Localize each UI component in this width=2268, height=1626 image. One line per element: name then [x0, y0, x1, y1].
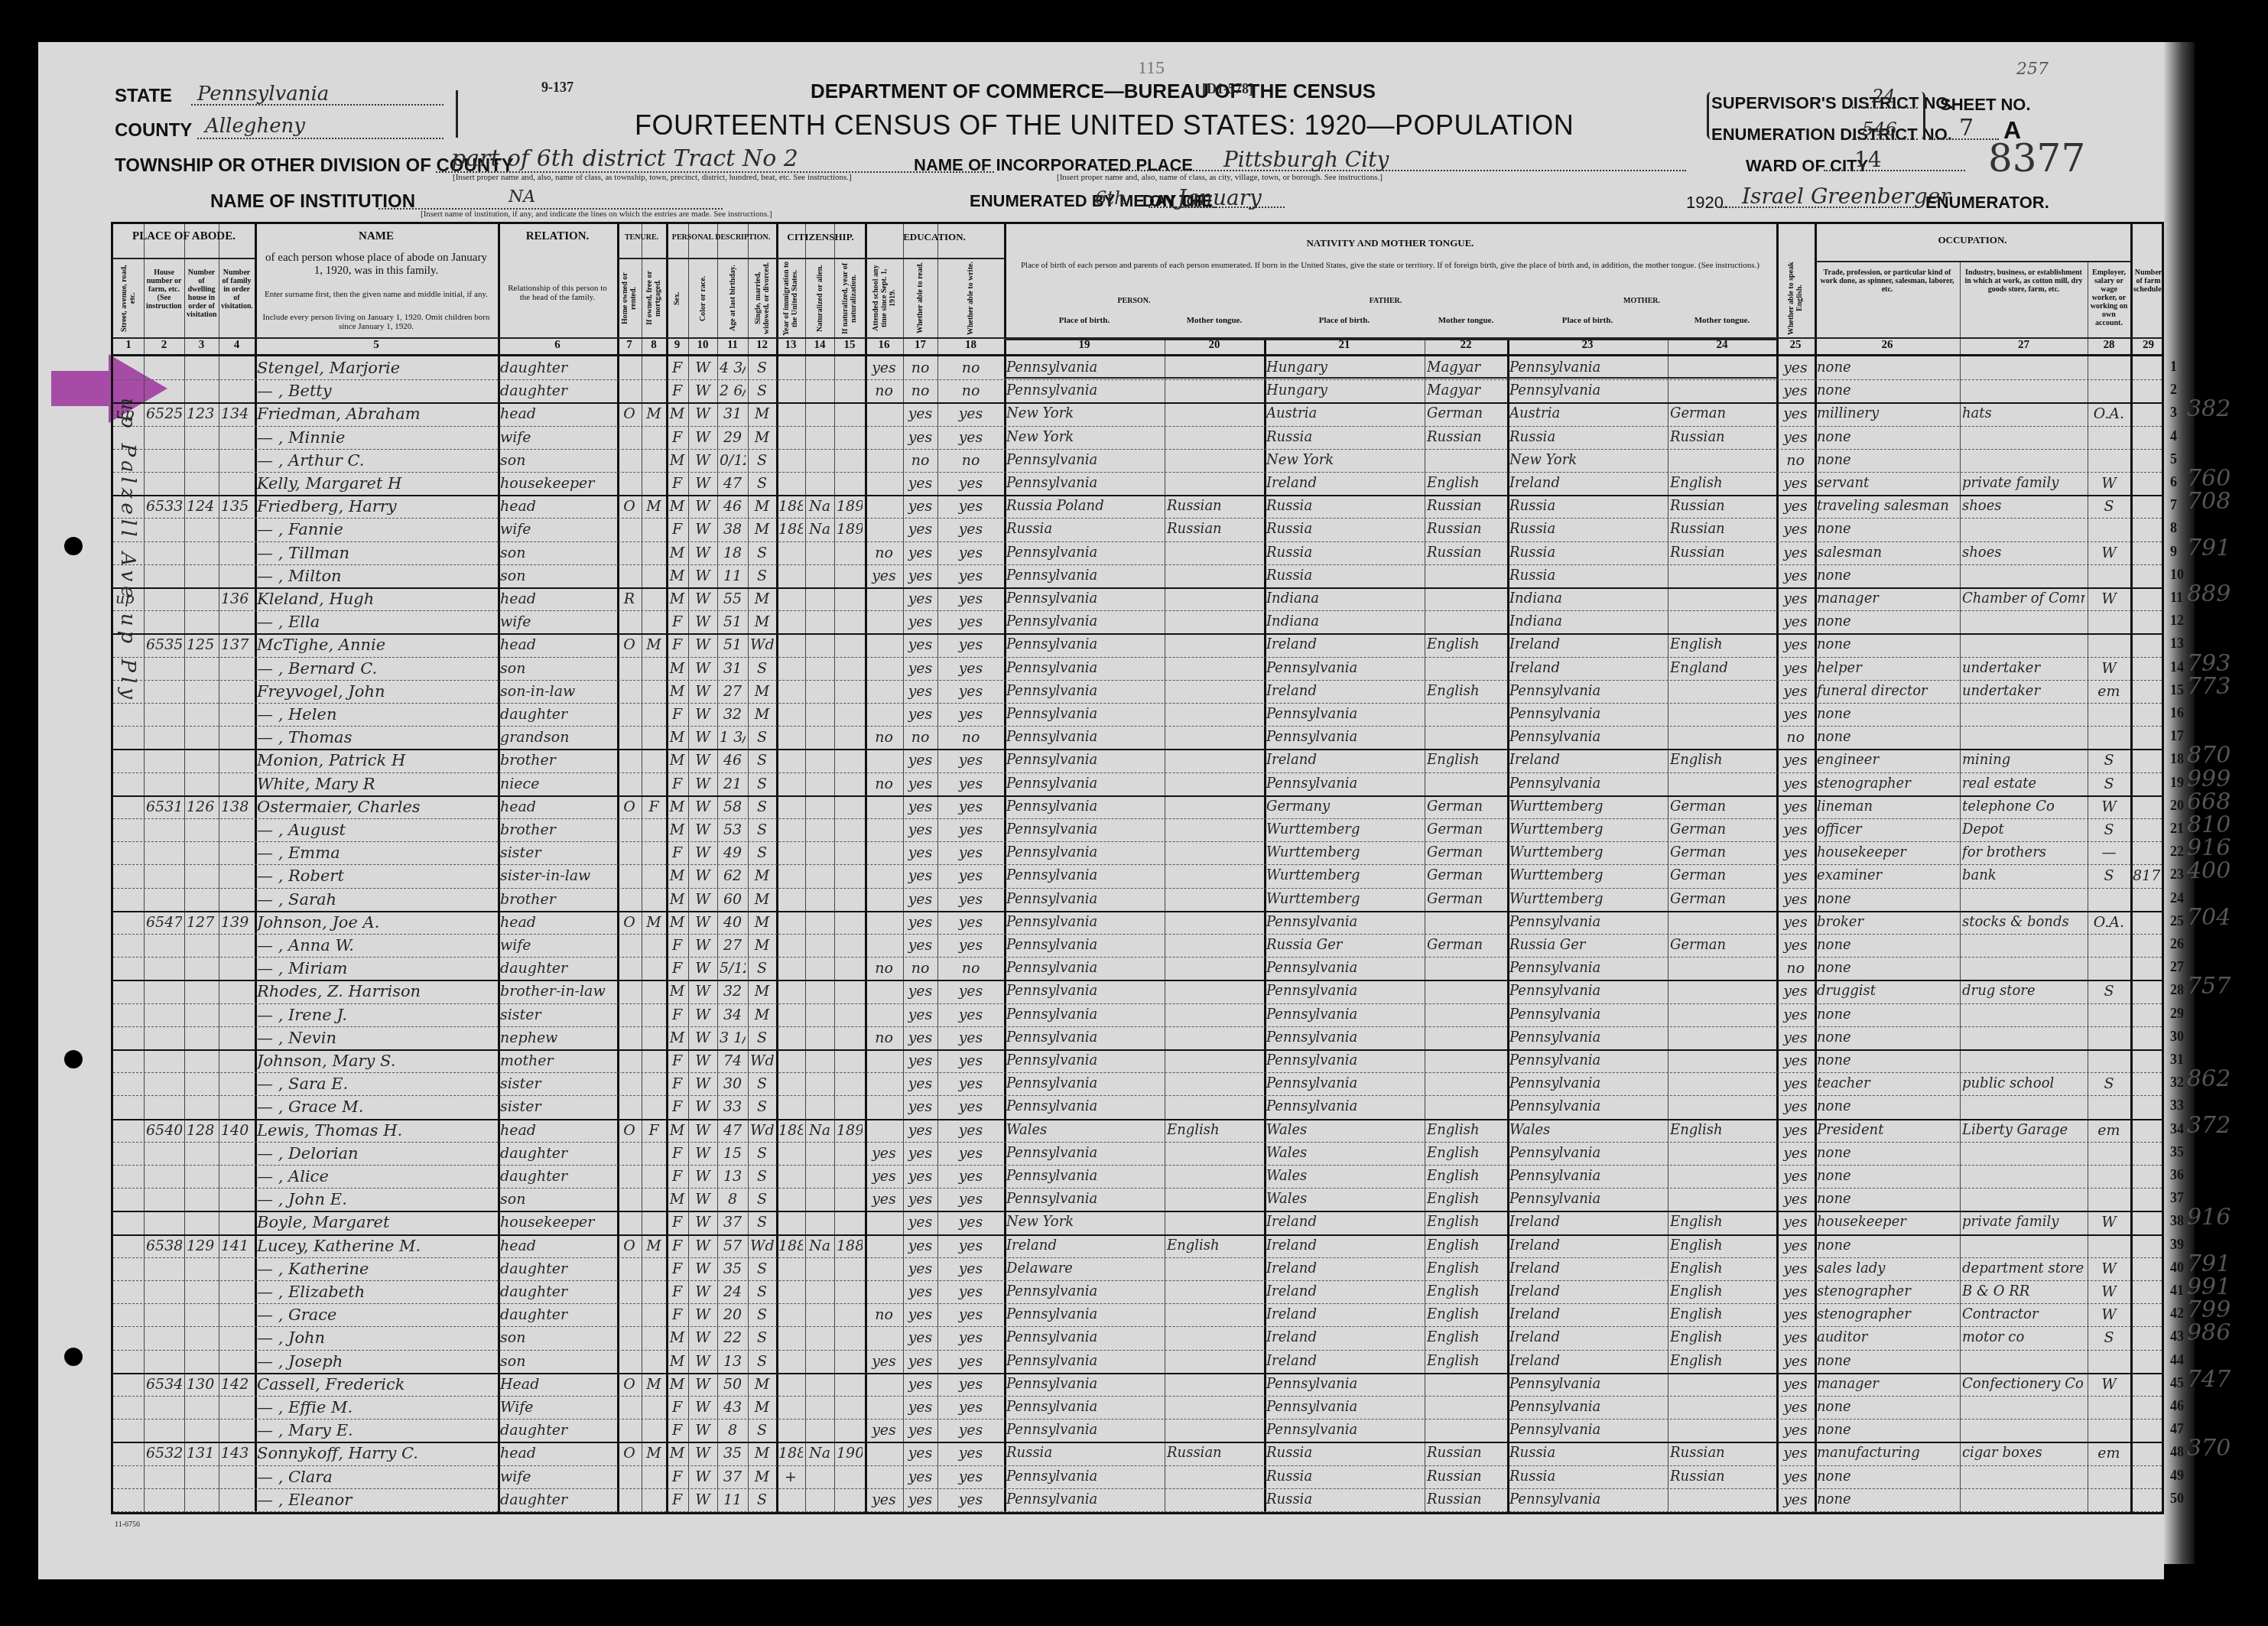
cell-owned [644, 980, 664, 1003]
margin-annotation: 747 [2187, 1366, 2231, 1393]
department-title: DEPARTMENT OF COMMERCE—BUREAU OF THE CEN… [811, 80, 1376, 103]
cell-tongue [1167, 1072, 1262, 1095]
cell-school [867, 472, 901, 495]
cell-dwelling [187, 934, 216, 957]
state-label: STATE [115, 86, 172, 107]
institution-value: NA [509, 187, 535, 207]
table-row[interactable]: — , BettydaughterFW2 6/12SnononoPennsylv… [113, 379, 2166, 402]
table-row[interactable]: — , DeloriandaughterFW15SyesyesyesPennsy… [113, 1142, 2166, 1165]
table-row[interactable]: — , MinniewifeFW29MyesyesNew YorkRussiaR… [113, 426, 2166, 449]
cell-house: 6531 [146, 795, 182, 818]
cell-nat: Na [807, 495, 832, 518]
table-row[interactable]: — , EleanordaughterFW11SyesyesyesPennsyl… [113, 1488, 2166, 1511]
cell-home [619, 772, 639, 795]
cell-nat_year [837, 888, 863, 911]
table-row[interactable]: — , TillmansonMW18SnoyesyesPennsylvaniaR… [113, 541, 2166, 564]
table-row[interactable]: — , EllawifeFW51MyesyesPennsylvaniaIndia… [113, 610, 2166, 633]
cell-birth: Delaware [1006, 1257, 1162, 1280]
cell-tongue [1167, 726, 1262, 749]
column-number: 14 [805, 339, 834, 352]
column-number: 11 [717, 339, 748, 352]
cell-house [146, 1280, 182, 1303]
table-row[interactable]: — , KatherinedaughterFW35SyesyesDelaware… [113, 1257, 2166, 1280]
cell-tongue [1167, 1165, 1262, 1188]
cell-family: 141 [221, 1234, 252, 1257]
cell-race: W [690, 888, 715, 911]
cell-school [867, 1211, 901, 1234]
cell-tongue [1167, 356, 1262, 379]
cell-dwelling [187, 541, 216, 564]
cell-nat [807, 657, 832, 680]
cell-read: yes [905, 1165, 935, 1188]
cell-race: W [690, 587, 715, 610]
cell-nat [807, 1188, 832, 1211]
cell-immig [778, 841, 803, 864]
cell-house [146, 1072, 182, 1095]
cell-race: W [690, 1211, 715, 1234]
column-number: 29 [2130, 339, 2166, 352]
cell-immig [778, 1165, 803, 1188]
cell-age: 50 [720, 1373, 746, 1396]
cell-home [619, 818, 639, 841]
table-row[interactable]: 6547127139Johnson, Joe A.headOMMW40Myesy… [113, 911, 2166, 934]
column-number: 18 [937, 339, 1004, 352]
cell-class [2090, 1465, 2128, 1488]
cell-f_tongue: German [1427, 402, 1505, 425]
cell-age: 35 [720, 1442, 746, 1465]
table-row[interactable]: — , AugustbrotherMW53SyesyesPennsylvania… [113, 818, 2166, 841]
table-row[interactable]: White, Mary RnieceFW21SnoyesyesPennsylva… [113, 772, 2166, 795]
table-row[interactable]: — , JosephsonMW13SyesyesyesPennsylvaniaI… [113, 1350, 2166, 1373]
table-row[interactable]: — , Irene J.sisterFW34MyesyesPennsylvani… [113, 1003, 2166, 1026]
table-row[interactable]: 6535125137McTighe, AnnieheadOMFW51Wdyesy… [113, 633, 2166, 656]
cell-relation: daughter [500, 957, 615, 980]
line-number: 28 [2170, 982, 2184, 998]
cell-m_birth: Pennsylvania [1509, 356, 1665, 379]
cell-nat_year [837, 864, 863, 887]
cell-read: yes [905, 1049, 935, 1072]
table-row[interactable]: Boyle, MargarethousekeeperFW37SyesyesNew… [113, 1211, 2166, 1234]
cell-house [146, 1165, 182, 1188]
table-row[interactable]: — , John E.sonMW8SyesyesyesPennsylvaniaW… [113, 1188, 2166, 1211]
cell-age: 1 3/12 [720, 726, 746, 749]
line-number: 42 [2170, 1306, 2184, 1322]
cell-house: 6532 [146, 1442, 182, 1465]
sheet-value: 7 [1959, 115, 1974, 141]
cell-dwelling [187, 980, 216, 1003]
table-row[interactable]: — , ThomasgrandsonMW1 3/12SnononoPennsyl… [113, 726, 2166, 749]
table-row[interactable]: — , Sara E.sisterFW30SyesyesPennsylvania… [113, 1072, 2166, 1095]
cell-home [619, 472, 639, 495]
cell-age: 15 [720, 1142, 746, 1165]
cell-sex: M [668, 449, 686, 472]
row-divider [113, 1511, 2162, 1512]
cell-race: W [690, 818, 715, 841]
cell-marital: S [750, 1188, 774, 1211]
column-number: 15 [834, 339, 865, 352]
cell-m_tongue: English [1670, 749, 1774, 772]
cell-read: yes [905, 587, 935, 610]
cell-m_tongue: Russian [1670, 541, 1774, 564]
cell-write: yes [940, 1465, 1002, 1488]
cell-f_tongue [1427, 1003, 1505, 1026]
cell-home [619, 1350, 639, 1373]
cell-immig: + [778, 1465, 803, 1488]
cell-write: yes [940, 1234, 1002, 1257]
cell-dwelling [187, 1350, 216, 1373]
cell-trade: none [1817, 449, 1958, 472]
cell-age: 31 [720, 402, 746, 425]
cell-english: yes [1779, 1350, 1812, 1373]
cell-farm [2133, 402, 2164, 425]
cell-f_tongue [1427, 657, 1505, 680]
table-row[interactable]: 6533124135Friedberg, HarryheadOMMW46M188… [113, 495, 2166, 518]
line-number: 13 [2170, 636, 2184, 652]
cell-owned [644, 1257, 664, 1280]
cell-industry [1962, 934, 2085, 957]
cell-immig [778, 1350, 803, 1373]
cell-trade: none [1817, 957, 1958, 980]
cell-dwelling [187, 1188, 216, 1211]
cell-tongue [1167, 1488, 1262, 1511]
cell-school: no [867, 772, 901, 795]
cell-age: 18 [720, 541, 746, 564]
cell-farm [2133, 379, 2164, 402]
table-row[interactable]: 6534130142Cassell, FrederickHeadOMMW50My… [113, 1373, 2166, 1396]
cell-birth: Pennsylvania [1006, 911, 1162, 934]
cell-industry: mining [1962, 749, 2085, 772]
cell-birth: Russia [1006, 518, 1162, 541]
cell-street [115, 818, 141, 841]
cell-read: yes [905, 1303, 935, 1326]
cell-dwelling [187, 1003, 216, 1026]
cell-race: W [690, 795, 715, 818]
table-row[interactable]: up6525123134Friedman, AbrahamheadOMMW31M… [113, 402, 2166, 425]
column-number: 19 [1004, 339, 1165, 352]
cell-race: W [690, 934, 715, 957]
table-row[interactable]: Johnson, Mary S.motherFW74WdyesyesPennsy… [113, 1049, 2166, 1072]
cell-street [115, 1326, 141, 1349]
cell-relation: housekeeper [500, 1211, 615, 1234]
cell-sex: F [668, 703, 686, 726]
cell-tongue [1167, 1303, 1262, 1326]
cell-f_tongue: English [1427, 680, 1505, 703]
cell-owned [644, 1165, 664, 1188]
cell-name: — , August [257, 818, 496, 841]
state-county-brace [453, 90, 458, 138]
cell-m_birth: Pennsylvania [1509, 980, 1665, 1003]
cell-nat_year [837, 1396, 863, 1419]
cell-street [115, 772, 141, 795]
cell-name: Sonnykoff, Harry C. [257, 1442, 496, 1465]
cell-class [2090, 449, 2128, 472]
table-row[interactable]: up136Kleland, HughheadRMW55MyesyesPennsy… [113, 587, 2166, 610]
cell-f_tongue [1427, 726, 1505, 749]
cell-owned [644, 1072, 664, 1095]
cell-nat [807, 564, 832, 587]
place-note: [Insert proper name and, also, name of c… [1057, 173, 1383, 182]
cell-sex: M [668, 1188, 686, 1211]
cell-f_tongue: English [1427, 1257, 1505, 1280]
cell-farm [2133, 587, 2164, 610]
cell-house: 6534 [146, 1373, 182, 1396]
cell-f_birth: Wurttemberg [1266, 841, 1422, 864]
cell-name: — , Robert [257, 864, 496, 887]
cell-m_birth: Wurttemberg [1509, 864, 1665, 887]
cell-dwelling [187, 1072, 216, 1095]
county-label: COUNTY [115, 120, 192, 141]
cell-house [146, 541, 182, 564]
cell-read: no [905, 449, 935, 472]
ed-value: 546 [1862, 119, 1897, 140]
cell-f_tongue: English [1427, 1350, 1505, 1373]
cell-sex: F [668, 610, 686, 633]
cell-house [146, 726, 182, 749]
line-number: 41 [2170, 1283, 2184, 1299]
cell-f_birth: Russia [1266, 426, 1422, 449]
cell-family [221, 934, 252, 957]
cell-f_birth: Russia Ger [1266, 934, 1422, 957]
cell-school [867, 495, 901, 518]
year-label: 1920. [1686, 193, 1728, 213]
line-number: 18 [2170, 751, 2184, 767]
cell-age: 31 [720, 657, 746, 680]
cell-trade: teacher [1817, 1072, 1958, 1095]
table-row[interactable]: Monion, Patrick HbrotherMW46SyesyesPenns… [113, 749, 2166, 772]
column-number: 16 [865, 339, 903, 352]
cell-english: no [1779, 449, 1812, 472]
cell-f_birth: Hungary [1266, 379, 1422, 402]
table-row[interactable]: — , FanniewifeFW38M1883Na1899yesyesRussi… [113, 518, 2166, 541]
cell-school [867, 610, 901, 633]
cell-nat [807, 795, 832, 818]
cell-immig [778, 1373, 803, 1396]
table-row[interactable]: — , JohnsonMW22SyesyesPennsylvaniaIrelan… [113, 1326, 2166, 1349]
table-row[interactable]: Freyvogel, Johnson-in-lawMW27MyesyesPenn… [113, 680, 2166, 703]
cell-race: W [690, 402, 715, 425]
cell-street [115, 1350, 141, 1373]
cell-family [221, 749, 252, 772]
cell-class: O.A. [2090, 402, 2128, 425]
cell-industry [1962, 356, 2085, 379]
cell-industry: undertaker [1962, 680, 2085, 703]
cell-read: yes [905, 1419, 935, 1442]
margin-annotation: 862 [2187, 1065, 2231, 1092]
table-row[interactable]: — , ElizabethdaughterFW24SyesyesPennsylv… [113, 1280, 2166, 1303]
cell-trade: housekeeper [1817, 841, 1958, 864]
cell-owned [644, 1095, 664, 1118]
cell-read: yes [905, 1326, 935, 1349]
cell-relation: son-in-law [500, 680, 615, 703]
table-row[interactable]: — , Grace M.sisterFW33SyesyesPennsylvani… [113, 1095, 2166, 1118]
form-code: [D1-578] [1202, 81, 1253, 97]
cell-m_birth: Russia Ger [1509, 934, 1665, 957]
cell-immig [778, 1419, 803, 1442]
column-number: 23 [1507, 339, 1668, 352]
cell-house [146, 749, 182, 772]
cell-trade: none [1817, 934, 1958, 957]
cell-nat: Na [807, 518, 832, 541]
cell-birth: Pennsylvania [1006, 1026, 1162, 1049]
table-row[interactable]: — , MiriamdaughterFW5/12SnononoPennsylva… [113, 957, 2166, 980]
cell-f_birth: Pennsylvania [1266, 1072, 1422, 1095]
cell-dwelling [187, 449, 216, 472]
cell-owned [644, 1488, 664, 1511]
cell-family [221, 426, 252, 449]
table-row[interactable]: Rhodes, Z. Harrisonbrother-in-lawMW32Mye… [113, 980, 2166, 1003]
cell-read: yes [905, 1234, 935, 1257]
table-row[interactable]: — , GracedaughterFW20SnoyesyesPennsylvan… [113, 1303, 2166, 1326]
cell-trade: none [1817, 379, 1958, 402]
cell-f_birth: Ireland [1266, 1211, 1422, 1234]
cell-class [2090, 1142, 2128, 1165]
cell-house [146, 1188, 182, 1211]
cell-f_tongue: English [1427, 1188, 1505, 1211]
cell-owned [644, 1026, 664, 1049]
cell-nat_year: 1899 [837, 495, 863, 518]
cell-dwelling [187, 564, 216, 587]
table-row[interactable]: — , HelendaughterFW32MyesyesPennsylvania… [113, 703, 2166, 726]
cell-write: yes [940, 864, 1002, 887]
cell-f_tongue: English [1427, 749, 1505, 772]
cell-farm [2133, 726, 2164, 749]
cell-age: 29 [720, 426, 746, 449]
cell-immig [778, 402, 803, 425]
table-row[interactable]: — , SarahbrotherMW60MyesyesPennsylvaniaW… [113, 888, 2166, 911]
cell-owned [644, 772, 664, 795]
group-tenure: TENURE. [617, 233, 666, 242]
cell-read: yes [905, 1072, 935, 1095]
cell-nat_year: 1890 [837, 1119, 863, 1142]
cell-english: yes [1779, 1465, 1812, 1488]
table-row[interactable]: 6540128140Lewis, Thomas H.headOFMW47Wd18… [113, 1119, 2166, 1142]
cell-home [619, 1049, 639, 1072]
table-row[interactable]: — , Mary E.daughterFW8SyesyesyesPennsylv… [113, 1419, 2166, 1442]
table-row[interactable]: — , AlicedaughterFW13SyesyesyesPennsylva… [113, 1165, 2166, 1188]
cell-nat_year [837, 841, 863, 864]
cell-marital: S [750, 379, 774, 402]
margin-annotation: 986 [2187, 1319, 2231, 1346]
column-number: 12 [748, 339, 776, 352]
cell-nat [807, 980, 832, 1003]
cell-m_birth: Ireland [1509, 1280, 1665, 1303]
cell-nat_year [837, 1350, 863, 1373]
table-row[interactable]: — , MiltonsonMW11SyesyesyesPennsylvaniaR… [113, 564, 2166, 587]
cell-street [115, 749, 141, 772]
line-number: 35 [2170, 1144, 2184, 1160]
group-relation: RELATION. [498, 230, 617, 243]
cell-marital: S [750, 726, 774, 749]
cell-f_tongue: English [1427, 1142, 1505, 1165]
cell-trade: none [1817, 1049, 1958, 1072]
cell-english: yes [1779, 1234, 1812, 1257]
cell-name: — , Nevin [257, 1026, 496, 1049]
cell-industry: Confectionery Co [1962, 1373, 2085, 1396]
cell-f_birth: Russia [1266, 1465, 1422, 1488]
cell-write: yes [940, 472, 1002, 495]
cell-trade: officer [1817, 818, 1958, 841]
cell-marital: Wd [750, 1049, 774, 1072]
table-row[interactable]: — , NevinnephewMW3 1/12SnoyesyesPennsylv… [113, 1026, 2166, 1049]
cell-school [867, 1234, 901, 1257]
cell-m_tongue [1670, 1026, 1774, 1049]
cell-school [867, 1049, 901, 1072]
cell-owned [644, 1049, 664, 1072]
cell-immig [778, 1303, 803, 1326]
cell-write: yes [940, 911, 1002, 934]
cell-race: W [690, 1465, 715, 1488]
cell-f_tongue [1427, 564, 1505, 587]
table-row[interactable]: — , Anna W.wifeFW27MyesyesPennsylvaniaRu… [113, 934, 2166, 957]
cell-trade: none [1817, 633, 1958, 656]
column-number: 22 [1425, 339, 1507, 352]
cell-f_birth: New York [1266, 449, 1422, 472]
line-number: 31 [2170, 1052, 2184, 1068]
cell-nat [807, 934, 832, 957]
cell-m_birth: Pennsylvania [1509, 1026, 1665, 1049]
table-row[interactable]: — , ClarawifeFW37M+yesyesPennsylvaniaRus… [113, 1465, 2166, 1488]
cell-read: yes [905, 657, 935, 680]
cell-nat_year [837, 1095, 863, 1118]
table-row[interactable]: 6531126138Ostermaier, CharlesheadOFMW58S… [113, 795, 2166, 818]
table-row[interactable]: — , Bernard C.sonMW31SyesyesPennsylvania… [113, 657, 2166, 680]
cell-race: W [690, 379, 715, 402]
cell-nat [807, 1465, 832, 1488]
cell-read: yes [905, 888, 935, 911]
cell-english: yes [1779, 1049, 1812, 1072]
cell-f_birth: Ireland [1266, 1280, 1422, 1303]
cell-sex: F [668, 633, 686, 656]
cell-read: yes [905, 795, 935, 818]
cell-dwelling [187, 1257, 216, 1280]
column-number: 24 [1668, 339, 1776, 352]
table-row[interactable]: 6538129141Lucey, Katherine M.headOMFW57W… [113, 1234, 2166, 1257]
cell-tongue: English [1167, 1119, 1262, 1142]
cell-home [619, 518, 639, 541]
cell-age: 62 [720, 864, 746, 887]
cell-relation: sister [500, 1072, 615, 1095]
cell-f_tongue: Russian [1427, 518, 1505, 541]
cell-nat_year [837, 379, 863, 402]
table-row[interactable]: Stengel, MarjoriedaughterFW4 3/12Syesnon… [113, 356, 2166, 379]
table-row[interactable]: — , Robertsister-in-lawMW62MyesyesPennsy… [113, 864, 2166, 887]
table-row[interactable]: — , Effie M.WifeFW43MyesyesPennsylvaniaP… [113, 1396, 2166, 1419]
cell-name: — , Betty [257, 379, 496, 402]
cell-birth: Pennsylvania [1006, 1072, 1162, 1095]
table-row[interactable]: Kelly, Margaret HhousekeeperFW47SyesyesP… [113, 472, 2166, 495]
cell-marital: S [750, 1142, 774, 1165]
line-number: 15 [2170, 682, 2184, 698]
cell-dwelling [187, 841, 216, 864]
cell-marital: M [750, 680, 774, 703]
cell-dwelling: 123 [187, 402, 216, 425]
cell-m_tongue [1670, 1188, 1774, 1211]
cell-birth: Pennsylvania [1006, 1396, 1162, 1419]
table-row[interactable]: 6532131143Sonnykoff, Harry C.headOMMW35M… [113, 1442, 2166, 1465]
cell-school [867, 911, 901, 934]
cell-age: 27 [720, 680, 746, 703]
cell-home [619, 1303, 639, 1326]
table-row[interactable]: — , EmmasisterFW49SyesyesPennsylvaniaWur… [113, 841, 2166, 864]
table-row[interactable]: — , Arthur C.sonMW0/12SnonoPennsylvaniaN… [113, 449, 2166, 472]
cell-class [2090, 1188, 2128, 1211]
cell-race: W [690, 1303, 715, 1326]
cell-m_tongue: English [1670, 1326, 1774, 1349]
cell-sex: F [668, 1396, 686, 1419]
cell-industry: Liberty Garage [1962, 1119, 2085, 1142]
cell-f_tongue: German [1427, 864, 1505, 887]
cell-sex: F [668, 957, 686, 980]
